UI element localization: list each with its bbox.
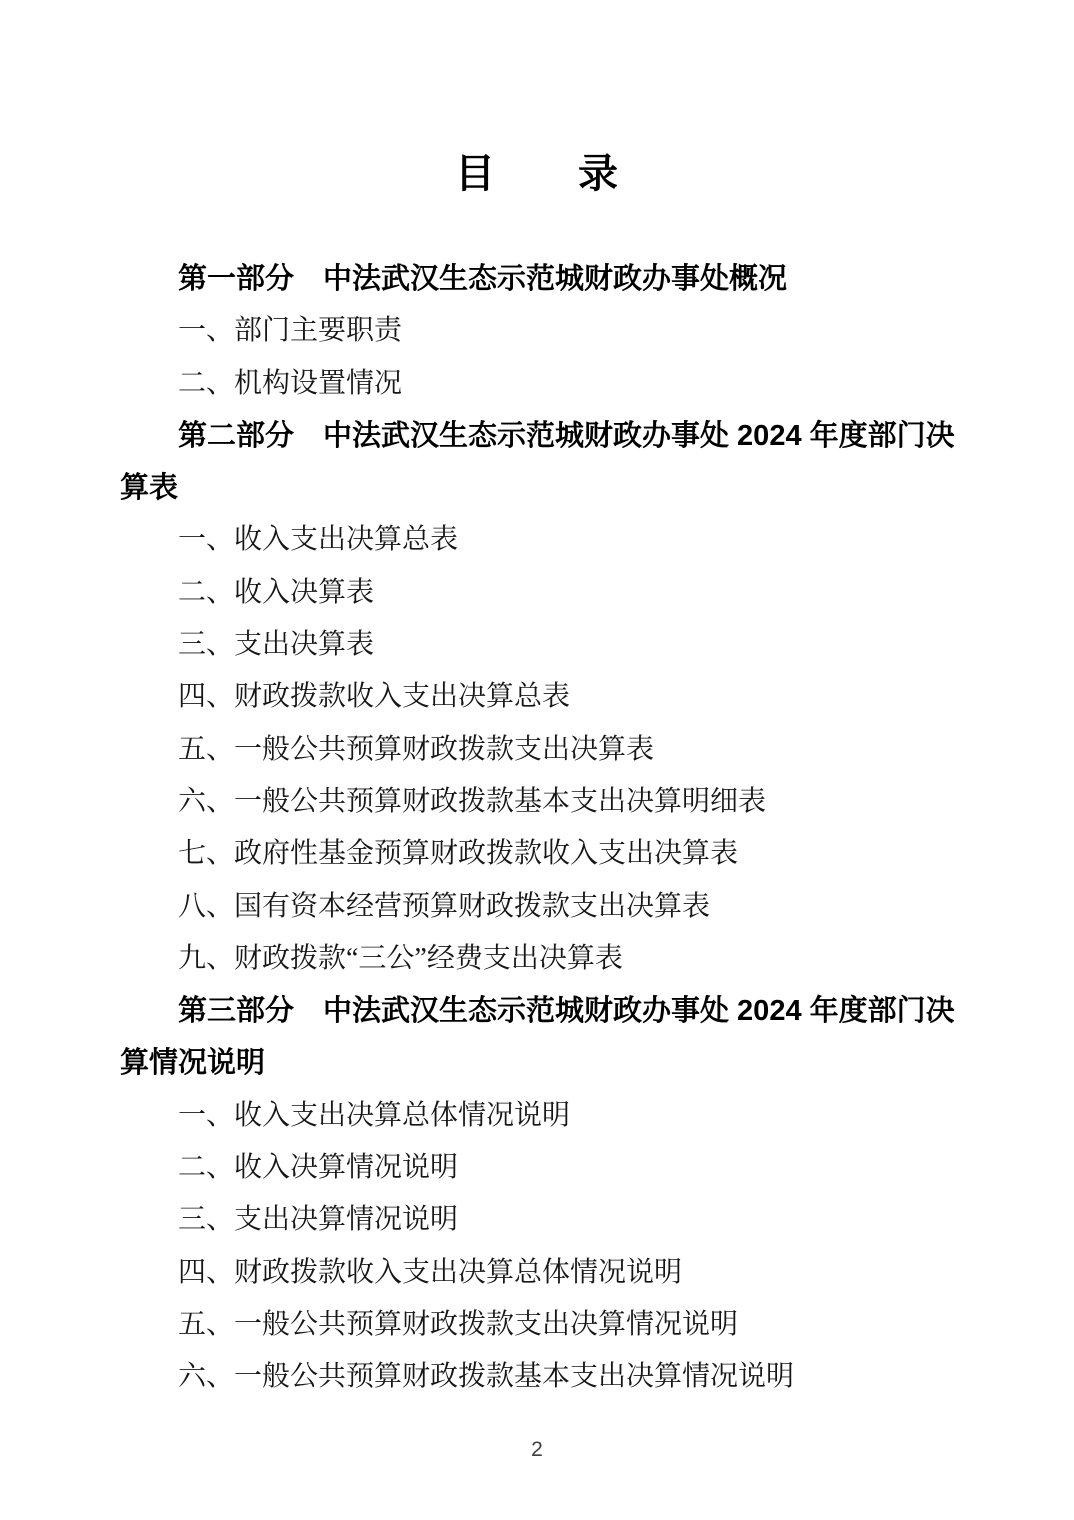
toc-item: 六、一般公共预算财政拨款基本支出决算情况说明 <box>120 1351 964 1403</box>
toc-list: 第一部分 中法武汉生态示范城财政办事处概况一、部门主要职责二、机构设置情况第二部… <box>120 253 964 1404</box>
document-page: 目 录 第一部分 中法武汉生态示范城财政办事处概况一、部门主要职责二、机构设置情… <box>0 0 1074 1520</box>
toc-section-heading: 第三部分 中法武汉生态示范城财政办事处 2024 年度部门决 <box>120 985 964 1037</box>
toc-item: 四、财政拨款收入支出决算总体情况说明 <box>120 1247 964 1299</box>
toc-item: 二、收入决算情况说明 <box>120 1142 964 1194</box>
page-number: 2 <box>0 1438 1074 1462</box>
toc-section-heading: 第一部分 中法武汉生态示范城财政办事处概况 <box>120 253 964 305</box>
toc-item: 六、一般公共预算财政拨款基本支出决算明细表 <box>120 776 964 828</box>
toc-item: 三、支出决算情况说明 <box>120 1194 964 1246</box>
toc-item: 八、国有资本经营预算财政拨款支出决算表 <box>120 881 964 933</box>
toc-item: 七、政府性基金预算财政拨款收入支出决算表 <box>120 828 964 880</box>
toc-item: 一、收入支出决算总体情况说明 <box>120 1090 964 1142</box>
toc-section-heading: 算情况说明 <box>120 1037 964 1089</box>
toc-item: 二、机构设置情况 <box>120 358 964 410</box>
toc-item: 一、收入支出决算总表 <box>120 514 964 566</box>
toc-item: 二、收入决算表 <box>120 567 964 619</box>
page-title: 目 录 <box>0 0 1074 200</box>
toc-item: 一、部门主要职责 <box>120 305 964 357</box>
toc-item: 四、财政拨款收入支出决算总表 <box>120 671 964 723</box>
toc-item: 五、一般公共预算财政拨款支出决算情况说明 <box>120 1299 964 1351</box>
toc-section-heading: 算表 <box>120 462 964 514</box>
toc-item: 五、一般公共预算财政拨款支出决算表 <box>120 724 964 776</box>
toc-section-heading: 第二部分 中法武汉生态示范城财政办事处 2024 年度部门决 <box>120 410 964 462</box>
toc-item: 三、支出决算表 <box>120 619 964 671</box>
toc-item: 九、财政拨款“三公”经费支出决算表 <box>120 933 964 985</box>
